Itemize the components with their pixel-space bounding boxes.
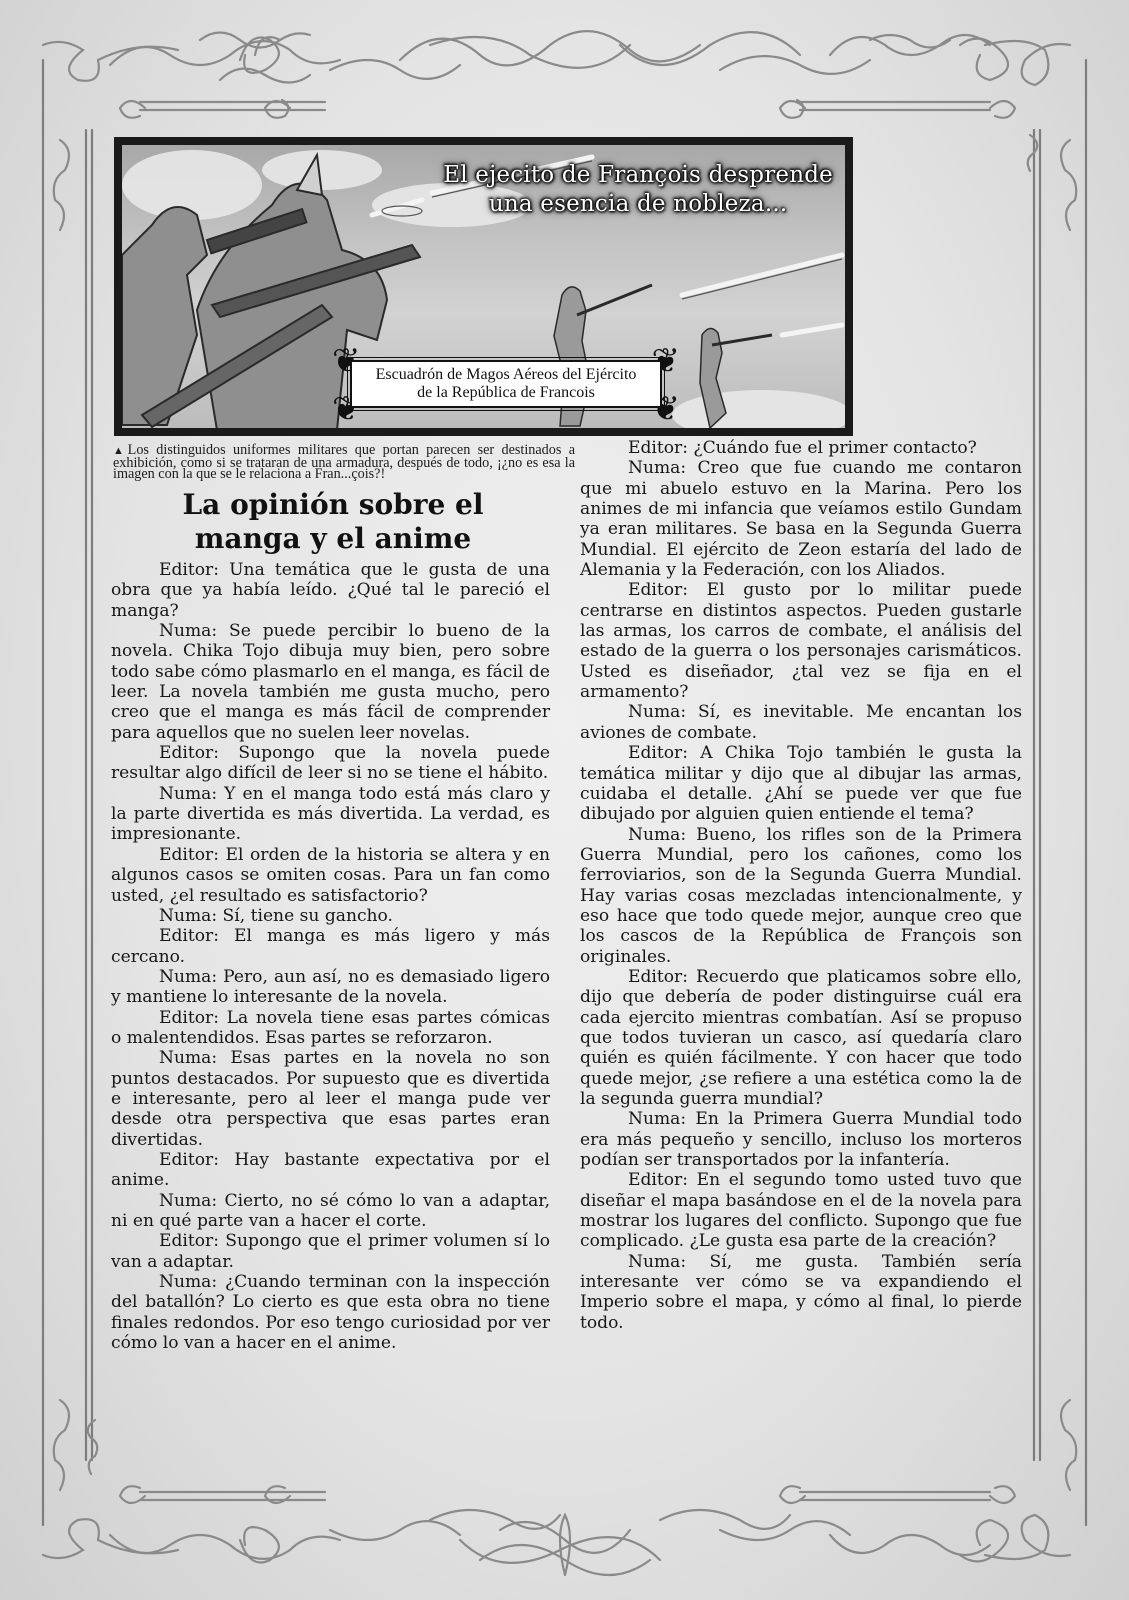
right-frame-rail [1034,60,1086,1525]
interview-paragraph: Editor: El orden de la historia se alter… [111,845,550,906]
interview-paragraph: Numa: ¿Cuando terminan con la inspección… [111,1272,550,1353]
interview-paragraph: Numa: Sí, tiene su gancho. [111,906,550,926]
nameplate-line-1: Escuadrón de Magos Aéreos del Ejército [376,366,637,384]
section-heading: La opinión sobre el manga y el anime [113,488,553,556]
interview-paragraph: Numa: En la Primera Guerra Mundial todo … [580,1109,1022,1170]
image-caption-text: Los distinguidos uniformes militares que… [113,442,575,482]
top-flourish [43,31,1070,118]
interview-paragraph: Editor: Supongo que el primer volumen sí… [111,1231,550,1272]
squadron-nameplate: ❦ ❦ ❦ ❦ Escuadrón de Magos Aéreos del Ej… [334,348,678,420]
bottom-flourish [43,1486,1070,1575]
image-caption: ▲Los distinguidos uniformes militares qu… [113,445,575,481]
section-heading-line-2: manga y el anime [113,522,553,556]
interview-paragraph: Editor: A Chika Tojo también le gusta la… [580,743,1022,824]
nameplate-label: Escuadrón de Magos Aéreos del Ejército d… [350,360,662,408]
interview-paragraph: Editor: En el segundo tomo usted tuvo qu… [580,1170,1022,1251]
interview-paragraph: Editor: Una temática que le gusta de una… [111,560,550,621]
interview-left-column: Editor: Una temática que le gusta de una… [111,560,550,1353]
bottom-frame-rail [140,1492,990,1500]
interview-paragraph: Editor: Hay bastante expectativa por el … [111,1150,550,1191]
interview-right-column: Editor: ¿Cuándo fue el primer contacto? … [580,438,1022,1333]
interview-paragraph: Numa: Creo que fue cuando me contaron qu… [580,458,1022,580]
interview-paragraph: Numa: Sí, me gusta. También sería intere… [580,1252,1022,1333]
interview-paragraph: Editor: ¿Cuándo fue el primer contacto? [580,438,1022,458]
nameplate-line-2: de la República de Francois [417,384,595,402]
manga-panel: El ejecito de François desprende una ese… [114,137,853,436]
top-frame-rail [140,102,990,110]
interview-paragraph: Numa: Pero, aun así, no es demasiado lig… [111,967,550,1008]
panel-headline: El ejecito de François desprende una ese… [443,161,833,219]
interview-paragraph: Numa: Se puede percibir lo bueno de la n… [111,621,550,743]
interview-paragraph: Editor: Supongo que la novela puede resu… [111,743,550,784]
interview-paragraph: Numa: Y en el manga todo está más claro … [111,784,550,845]
interview-paragraph: Editor: El gusto por lo militar puede ce… [580,580,1022,702]
panel-headline-line-2: una esencia de nobleza... [443,190,833,219]
interview-paragraph: Editor: El manga es más ligero y más cer… [111,926,550,967]
left-frame-rail [43,60,92,1525]
manga-panel-artwork: El ejecito de François desprende una ese… [122,145,845,428]
interview-paragraph: Editor: Recuerdo que platicamos sobre el… [580,967,1022,1109]
interview-paragraph: Numa: Cierto, no sé cómo lo van a adapta… [111,1191,550,1232]
interview-paragraph: Numa: Bueno, los rifles son de la Primer… [580,825,1022,967]
interview-paragraph: Numa: Esas partes en la novela no son pu… [111,1048,550,1150]
panel-headline-line-1: El ejecito de François desprende [443,161,833,190]
section-heading-line-1: La opinión sobre el [113,488,553,522]
interview-paragraph: Editor: La novela tiene esas partes cómi… [111,1008,550,1049]
interview-paragraph: Numa: Sí, es inevitable. Me encantan los… [580,702,1022,743]
